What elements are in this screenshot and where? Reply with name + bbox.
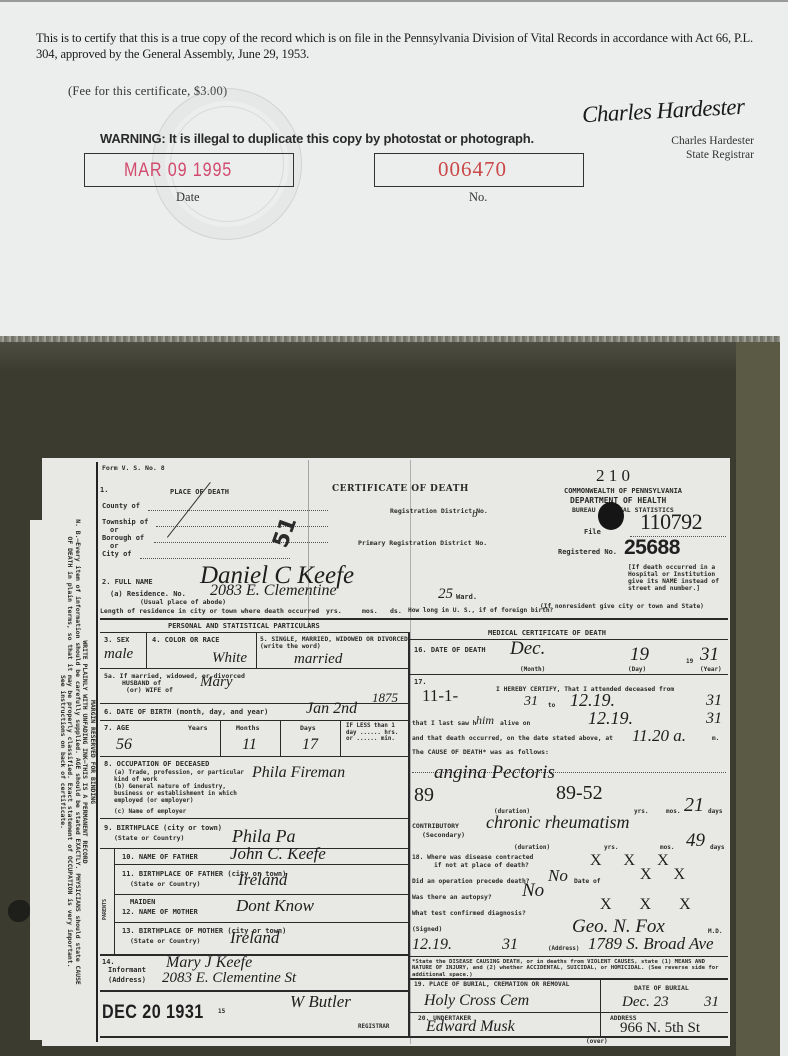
contributory-days-label: days [710, 844, 724, 851]
ds-label: ds. [390, 607, 402, 615]
registered-number: 25688 [624, 536, 680, 560]
rule [100, 990, 408, 992]
rule [100, 703, 408, 704]
burial-date-label: DATE OF BURIAL [634, 984, 689, 992]
m-label: m. [712, 735, 719, 742]
primary-registration-label: Primary Registration District No. [358, 540, 488, 547]
dod-year-label: (Year) [700, 666, 722, 673]
mother-name-value: Dont Know [236, 896, 314, 916]
registration-district-value: b [472, 508, 478, 520]
age-days: 17 [302, 736, 318, 754]
registrar-title: State Registrar [671, 148, 754, 162]
township-dots [156, 526, 328, 527]
registered-label: Registered No. [558, 548, 617, 556]
rule [100, 818, 408, 819]
dod-day: 19 [630, 644, 649, 666]
rule [100, 954, 408, 956]
scan-top-edge [0, 0, 788, 2]
birthplace-label: 9. BIRTHPLACE (city or town) [104, 824, 222, 832]
county-label: County of [102, 502, 140, 510]
rule [340, 720, 341, 756]
county-dots [148, 510, 328, 511]
contributory-value: chronic rheumatism [486, 812, 630, 833]
rule [410, 956, 728, 957]
rule [100, 720, 408, 721]
father-name-value: John C. Keefe [230, 844, 326, 864]
margin-line-5: See instructions on back of certificate. [58, 462, 66, 1042]
test-value: X X X [600, 896, 691, 914]
autopsy-label: Was there an autopsy? [412, 894, 492, 901]
duration-mos: mos. [666, 808, 680, 815]
margin-line-2: WRITE PLAINLY WITH UNFADING INK—THIS IS … [81, 462, 89, 1042]
margin-line-4: OF DEATH in plain terms, so that it may … [66, 462, 74, 1042]
dod-year: 31 [700, 644, 719, 666]
filed-item: 15 [218, 1008, 225, 1015]
cause-value: angina Pectoris [434, 762, 555, 784]
sex-label: 3. SEX [104, 636, 129, 644]
ward-value: 25 [438, 586, 453, 603]
yrs-label: yrs. [326, 607, 342, 615]
ward-label: Ward. [456, 593, 477, 601]
commonwealth-label: COMMONWEALTH OF PENNSYLVANIA [564, 487, 682, 495]
certificate-title: CERTIFICATE OF DEATH [332, 484, 469, 494]
contributory-mos: mos. [660, 844, 674, 851]
mos-label: mos. [362, 607, 378, 615]
dod-month-label: (Month) [520, 666, 545, 673]
margin-line-1: MARGIN RESERVED FOR BINDING [88, 462, 96, 1042]
ink-blot [8, 900, 30, 922]
color-value: White [212, 650, 247, 667]
marital-value: married [294, 651, 342, 668]
certificate-form: Form V. S. No. 8 2 1 0 1. PLACE OF DEATH… [100, 460, 728, 1044]
rule [100, 756, 408, 757]
him-her: him [476, 713, 494, 728]
typed-51: 51 [268, 514, 302, 551]
date-label: Date [176, 190, 200, 205]
marital-label: 5. SINGLE, MARRIED, WIDOWED OR DIVORCED … [260, 636, 410, 650]
filed-stamp: DEC 20 1931 [102, 1002, 204, 1024]
undertaker-value: Edward Musk [426, 1018, 515, 1036]
undertaker-address: 966 N. 5th St [620, 1020, 700, 1037]
contributory-label: CONTRIBUTORY [412, 822, 459, 830]
certify-text-2: that I last saw h [412, 720, 476, 727]
birthplace-sublabel: (State or Country) [114, 834, 184, 842]
borough-dots [154, 542, 328, 543]
occupation-b: (b) General nature of industry, business… [114, 784, 254, 804]
age-months: 11 [242, 736, 257, 754]
informant-address-label: (Address) [108, 976, 146, 984]
rule [410, 1012, 728, 1013]
rule [410, 639, 728, 640]
mother-maiden-label: MAIDEN [130, 898, 155, 906]
column-divider [408, 632, 410, 1036]
file-label: File [584, 528, 601, 536]
registrar-sig: W Butler [290, 992, 351, 1012]
mother-name-label: 12. NAME OF MOTHER [122, 908, 198, 916]
parents-label: PARENTS [102, 899, 108, 920]
margin-rule [96, 462, 98, 1042]
duration-days-label: days [708, 808, 722, 815]
spouse-value: Mary [200, 674, 233, 691]
nonresident-label: (If nonresident give city or town and St… [540, 603, 704, 610]
warning-text: WARNING: It is illegal to duplicate this… [100, 131, 534, 146]
personal-header: PERSONAL AND STATISTICAL PARTICULARS [168, 622, 320, 630]
cause-code: 89 [414, 784, 434, 807]
informant-item: 14. [102, 958, 115, 966]
registrar-name: Charles Hardester [671, 134, 754, 148]
age-less-label: IF LESS than 1 day ...... hrs. or ......… [346, 723, 406, 743]
occupation-label: 8. OCCUPATION OF DECEASED [104, 760, 209, 768]
signed-label: (Signed) [412, 926, 442, 933]
rule [256, 632, 257, 668]
certification-statement: This is to certify that this is a true c… [36, 30, 766, 62]
certify-item: 17. [414, 678, 427, 686]
burial-date: Dec. 23 [622, 994, 669, 1011]
sex-value: male [104, 646, 133, 663]
rule [600, 978, 601, 1036]
signed-date: 12.19. [412, 936, 452, 954]
fold-line-1 [308, 460, 309, 628]
age-months-label: Months [236, 724, 259, 732]
age-label: 7. AGE [104, 724, 129, 732]
mother-birthplace-value: Ireland [230, 928, 279, 948]
borough-label: Borough of [102, 534, 144, 542]
test-label: What test confirmed diagnosis? [412, 910, 526, 917]
over-label: (over) [586, 1038, 608, 1045]
duration-value: 89-52 [556, 782, 603, 805]
informant-address: 2083 E. Clementine St [162, 970, 296, 987]
duration-yrs: yrs. [634, 808, 648, 815]
or-1: or [110, 526, 118, 534]
item-1: 1. [100, 486, 108, 494]
burial-year: 31 [704, 994, 719, 1011]
spouse-label-3: (or) WIFE of [126, 686, 173, 694]
duration-days: 21 [684, 794, 704, 817]
informant-label: Informant [108, 966, 146, 974]
date-stamp: MAR 09 1995 [124, 160, 232, 182]
last-seen-year: 31 [706, 710, 722, 728]
punch-hole [598, 502, 624, 530]
age-years: 56 [116, 736, 132, 754]
dod-day-label: (Day) [628, 666, 646, 673]
file-number: 110792 [640, 509, 702, 535]
certify-text-3: and that death occurred, on the date sta… [412, 735, 613, 742]
full-name-label: 2. FULL NAME [102, 578, 153, 586]
rule [114, 922, 408, 923]
contributory-yrs: yrs. [604, 844, 618, 851]
rule [280, 720, 281, 756]
margin-line-3: N. B.—Every item of information should b… [73, 462, 81, 1042]
attended-to-year: 31 [706, 692, 722, 710]
operation-date-label: Date of [574, 878, 601, 885]
how-long-label: How long in U. S., if of foreign birth? [408, 607, 553, 614]
alive-on: alive on [500, 720, 530, 727]
contributory-duration-label: (duration) [514, 844, 550, 851]
age-years-label: Years [188, 724, 208, 732]
operation-date-value: X X [640, 866, 685, 884]
registrar-block: Charles Hardester State Registrar [671, 134, 754, 162]
disease-contracted-label: 18. Where was disease contracted [412, 854, 533, 861]
certificate-number: 006470 [438, 157, 507, 182]
signed-address: 1789 S. Broad Ave [588, 934, 714, 954]
attended-from-year: 31 [524, 694, 538, 710]
autopsy-value: No [522, 880, 544, 902]
disease-contracted-label-2: if not at place of death? [434, 862, 529, 869]
form-number: Form V. S. No. 8 [102, 464, 165, 472]
township-label: Township of [102, 518, 148, 526]
rule [100, 618, 728, 620]
rule [220, 720, 221, 756]
dod-century: 19 [686, 658, 693, 665]
time-of-death: 11.20 a. [632, 726, 686, 746]
contributory-days: 49 [686, 830, 705, 852]
registrar-signature: Charles Hardester [581, 94, 745, 128]
city-label: City of [102, 550, 132, 558]
burial-value: Holy Cross Cem [424, 992, 529, 1010]
rule [100, 668, 408, 669]
city-dots [140, 558, 290, 559]
signed-year: 31 [502, 936, 518, 954]
binding-margin: MARGIN RESERVED FOR BINDING WRITE PLAINL… [52, 462, 96, 1042]
dob-value: Jan 2nd [306, 700, 357, 718]
rule [146, 632, 147, 668]
operation-label: Did an operation precede death? [412, 878, 530, 885]
rule [410, 978, 728, 980]
father-birthplace-value: Ireland [238, 870, 287, 890]
father-birthplace-sublabel: (State or Country) [130, 880, 200, 888]
registrar-label: REGISTRAR [358, 1024, 389, 1030]
photocopy-right-band [736, 342, 780, 1056]
number-label: No. [469, 190, 487, 205]
color-label: 4. COLOR OR RACE [152, 636, 219, 644]
mother-birthplace-sublabel: (State or Country) [130, 937, 200, 945]
attended-from: 11-1- [422, 686, 458, 706]
footnote: *State the DISEASE CAUSING DEATH, or in … [412, 959, 728, 978]
registration-district-label: Registration District No. [390, 508, 510, 515]
last-seen: 12.19. [588, 708, 633, 729]
rule [114, 894, 408, 895]
age-days-label: Days [300, 724, 316, 732]
dod-label: 16. DATE OF DEATH [414, 646, 486, 654]
father-name-label: 10. NAME OF FATHER [122, 853, 198, 861]
medical-header: MEDICAL CERTIFICATE OF DEATH [488, 629, 606, 637]
rule [114, 864, 408, 865]
signed-address-label: (Address) [548, 946, 579, 952]
occupation-value: Phila Fireman [252, 764, 345, 782]
burial-label: 19. PLACE OF BURIAL, CREMATION OR REMOVA… [414, 982, 592, 989]
cause-label: The CAUSE OF DEATH* was as follows: [412, 748, 549, 756]
operation-value: No [548, 866, 568, 886]
dob-label: 6. DATE OF BIRTH (month, day, and year) [104, 708, 268, 716]
dod-month: Dec. [510, 638, 545, 660]
residence-label: (a) Residence. No. [110, 590, 186, 598]
occupation-c: (c) Name of employer [114, 808, 186, 815]
occupation-a: (a) Trade, profession, or particular kin… [114, 770, 254, 784]
length-of-residence-label: Length of residence in city or town wher… [100, 607, 319, 615]
hospital-note: [If death occurred in a Hospital or Inst… [628, 564, 724, 592]
to-label: to [548, 702, 555, 709]
or-2: or [110, 542, 118, 550]
contributory-sublabel: (Secondary) [422, 831, 465, 839]
residence-value: 2083 E. Clementine [210, 582, 337, 600]
rule [410, 674, 728, 675]
handwritten-number: 2 1 0 [596, 466, 630, 486]
